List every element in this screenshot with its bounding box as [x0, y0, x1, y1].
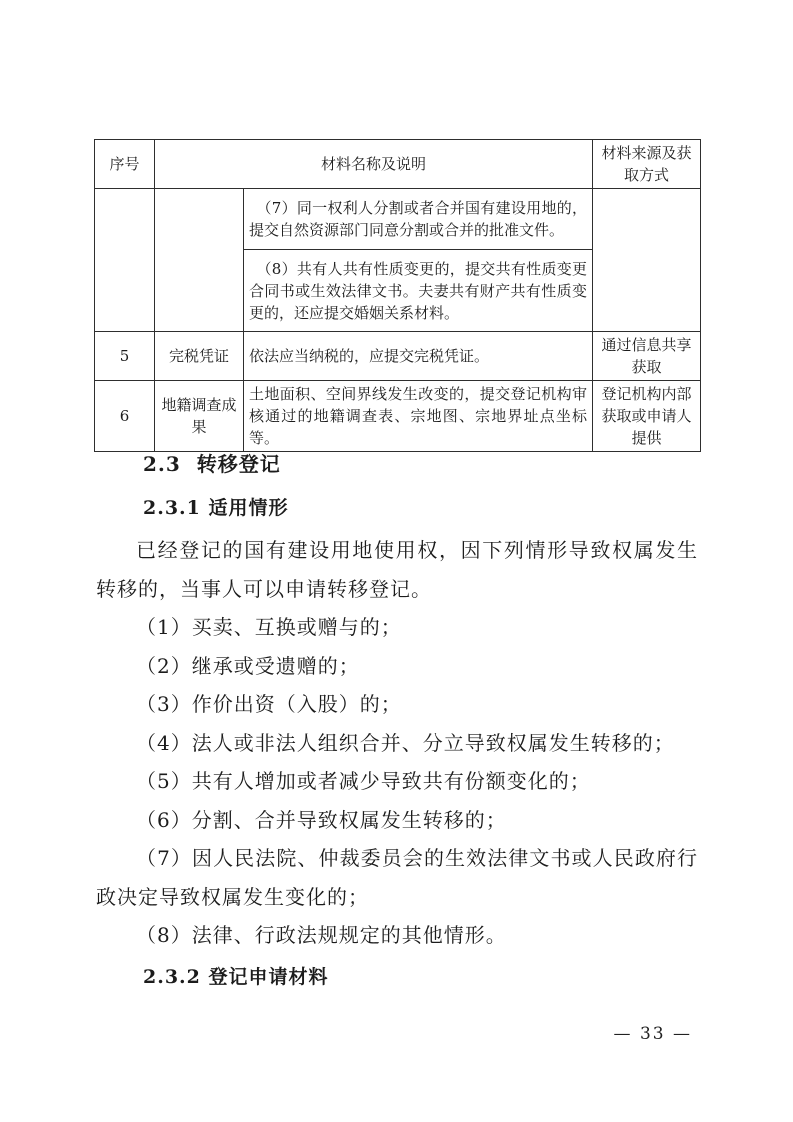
table-header-row: 序号 材料名称及说明 材料来源及获取方式 — [95, 140, 701, 189]
list-item-4: （4）法人或非法人组织合并、分立导致权属发生转移的； — [96, 724, 698, 763]
materials-table: 序号 材料名称及说明 材料来源及获取方式 （7）同一权利人分割或者合并国有建设用… — [94, 139, 701, 452]
heading-2-3-2: 2.3.2 登记申请材料 — [143, 964, 698, 991]
body-content: 2.3 转移登记 2.3.1 适用情形 已经登记的国有建设用地使用权，因下列情形… — [96, 440, 698, 1000]
cell-serial-empty — [95, 189, 155, 332]
cell-source-empty — [593, 189, 701, 332]
cell-desc-item8: （8）共有人共有性质变更的，提交共有性质变更合同书或生效法律文书。夫妻共有财产共… — [244, 250, 593, 332]
cell-name-empty — [155, 189, 244, 332]
list-item-6: （6）分割、合并导致权属发生转移的； — [96, 801, 698, 840]
heading-2-3: 2.3 转移登记 — [143, 450, 698, 478]
heading-2-3-1: 2.3.1 适用情形 — [143, 495, 698, 522]
list-item-8: （8）法律、行政法规规定的其他情形。 — [96, 916, 698, 955]
cell-name-5: 完税凭证 — [155, 332, 244, 381]
cell-serial-5: 5 — [95, 332, 155, 381]
list-item-1: （1）买卖、互换或赠与的； — [96, 608, 698, 647]
cell-desc-item7: （7）同一权利人分割或者合并国有建设用地的，提交自然资源部门同意分割或合并的批准… — [244, 189, 593, 250]
col-header-name-desc: 材料名称及说明 — [155, 140, 593, 189]
table-row-cont-7: （7）同一权利人分割或者合并国有建设用地的，提交自然资源部门同意分割或合并的批准… — [95, 189, 701, 250]
page-number: — 33 — — [614, 1024, 692, 1044]
cell-source-5: 通过信息共享获取 — [593, 332, 701, 381]
col-header-source: 材料来源及获取方式 — [593, 140, 701, 189]
list-item-3: （3）作价出资（入股）的； — [96, 685, 698, 724]
table-row-5: 5 完税凭证 依法应当纳税的，应提交完税凭证。 通过信息共享获取 — [95, 332, 701, 381]
cell-desc-5: 依法应当纳税的，应提交完税凭证。 — [244, 332, 593, 381]
intro-paragraph: 已经登记的国有建设用地使用权，因下列情形导致权属发生转移的，当事人可以申请转移登… — [96, 531, 698, 608]
list-item-7: （7）因人民法院、仲裁委员会的生效法律文书或人民政府行政决定导致权属发生变化的； — [96, 839, 698, 916]
col-header-serial: 序号 — [95, 140, 155, 189]
list-item-5: （5）共有人增加或者减少导致共有份额变化的； — [96, 762, 698, 801]
document-page: 序号 材料名称及说明 材料来源及获取方式 （7）同一权利人分割或者合并国有建设用… — [0, 0, 793, 1122]
list-item-2: （2）继承或受遗赠的； — [96, 647, 698, 686]
